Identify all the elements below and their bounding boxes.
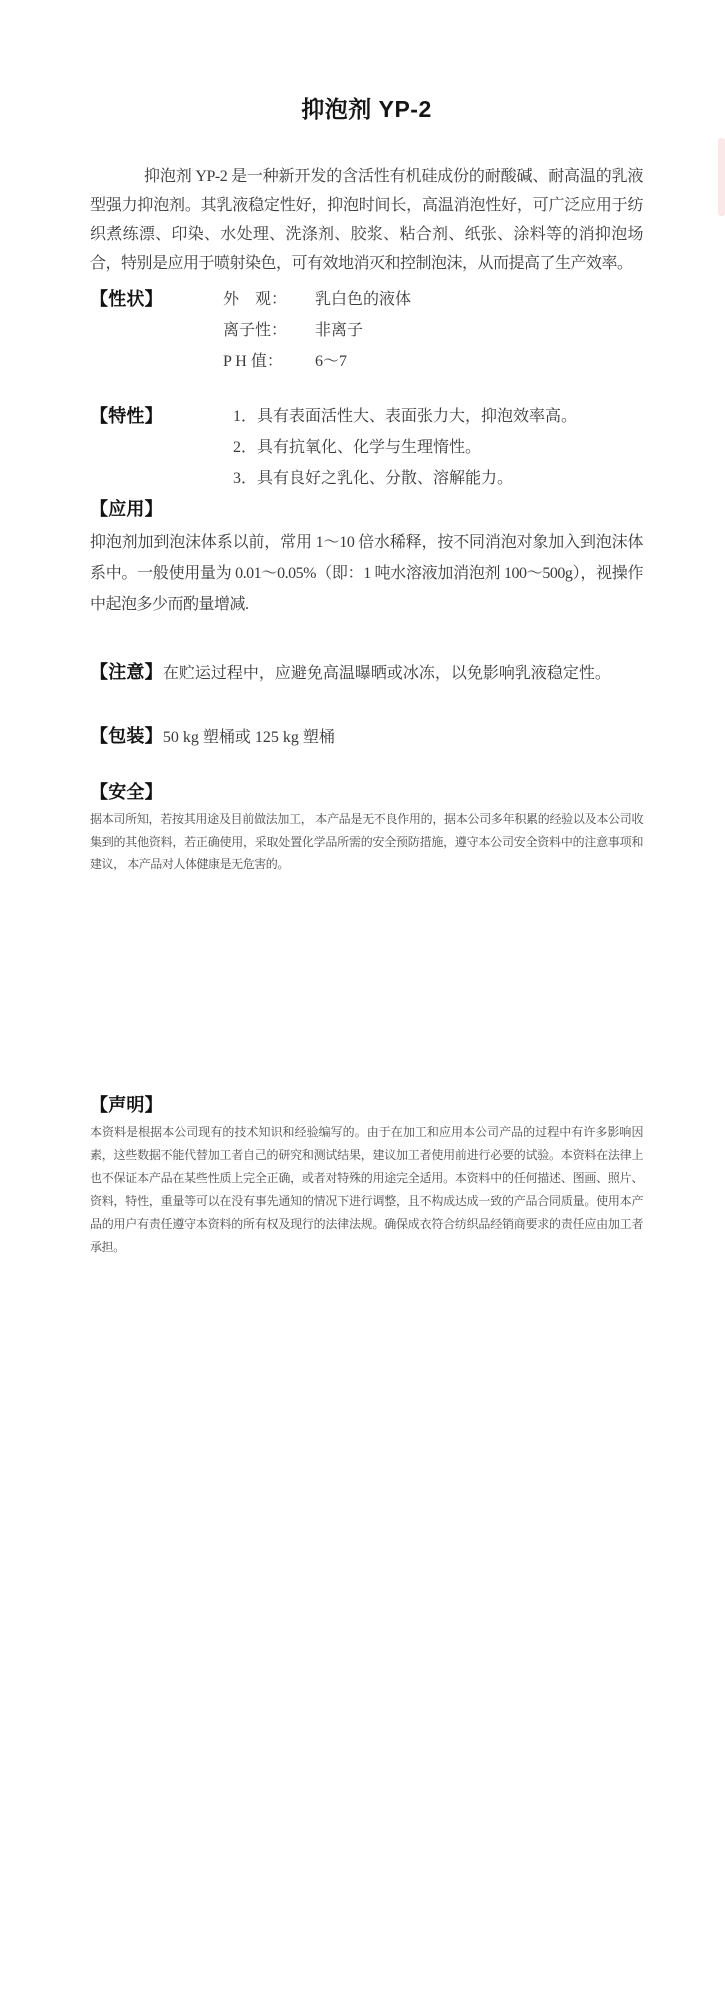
section-properties: 【性状】 外 观： 乳白色的液体 离子性： 非离子 P H 值： 6～7 [90,284,643,377]
application-paragraph: 抑泡剂加到泡沫体系以前，常用 1～10 倍水稀释，按不同消泡对象加入到泡沫体系中… [90,527,643,620]
notice-heading: 【注意】 [90,662,163,682]
packaging-text: 50 kg 塑桶或 125 kg 塑桶 [163,729,335,746]
property-value: 乳白色的液体 [315,291,411,308]
section-notice: 【注意】在贮运过程中，应避免高温曝晒或冰冻，以免影响乳液稳定性。 [90,657,643,689]
features-list: 1．具有表面活性大、表面张力大，抑泡效率高。 2．具有抗氧化、化学与生理惰性。 … [233,401,643,494]
declaration-heading: 【声明】 [90,1090,643,1121]
datasheet-page: 抑泡剂 YP-2 抑泡剂 YP-2 是一种新开发的含活性有机硅成份的耐酸碱、耐高… [0,0,725,2000]
packaging-heading: 【包装】 [90,726,163,746]
declaration-paragraph: 本资料是根据本公司现有的技术知识和经验编写的。由于在加工和应用本公司产品的过程中… [90,1121,643,1259]
properties-rows: 外 观： 乳白色的液体 离子性： 非离子 P H 值： 6～7 [223,284,643,377]
property-name: 外 观： [223,284,311,315]
property-name: P H 值： [223,346,311,377]
property-row-ionicity: 离子性： 非离子 [223,315,643,346]
safety-heading: 【安全】 [90,777,643,808]
properties-heading: 【性状】 [90,284,223,377]
scan-artifact-streak [718,138,725,216]
feature-item: 1．具有表面活性大、表面张力大，抑泡效率高。 [233,401,643,432]
safety-paragraph: 据本司所知，若按其用途及目前做法加工， 本产品是无不良作用的，据本公司多年积累的… [90,808,643,876]
property-value: 非离子 [315,322,363,339]
section-features: 【特性】 1．具有表面活性大、表面张力大，抑泡效率高。 2．具有抗氧化、化学与生… [90,401,643,494]
intro-paragraph: 抑泡剂 YP-2 是一种新开发的含活性有机硅成份的耐酸碱、耐高温的乳液型强力抑泡… [90,162,643,278]
feature-item: 3．具有良好之乳化、分散、溶解能力。 [233,463,643,494]
property-row-ph: P H 值： 6～7 [223,346,643,377]
page-title: 抑泡剂 YP-2 [90,92,643,126]
document-page: { "page": { "title": "抑泡剂 YP-2", "intro"… [0,0,725,2000]
property-value: 6～7 [315,353,347,370]
application-heading: 【应用】 [90,494,643,525]
features-heading: 【特性】 [90,401,233,494]
notice-text: 在贮运过程中，应避免高温曝晒或冰冻，以免影响乳液稳定性。 [163,665,611,682]
section-packaging: 【包装】50 kg 塑桶或 125 kg 塑桶 [90,721,643,753]
feature-item: 2．具有抗氧化、化学与生理惰性。 [233,432,643,463]
property-name: 离子性： [223,315,311,346]
property-row-appearance: 外 观： 乳白色的液体 [223,284,643,315]
